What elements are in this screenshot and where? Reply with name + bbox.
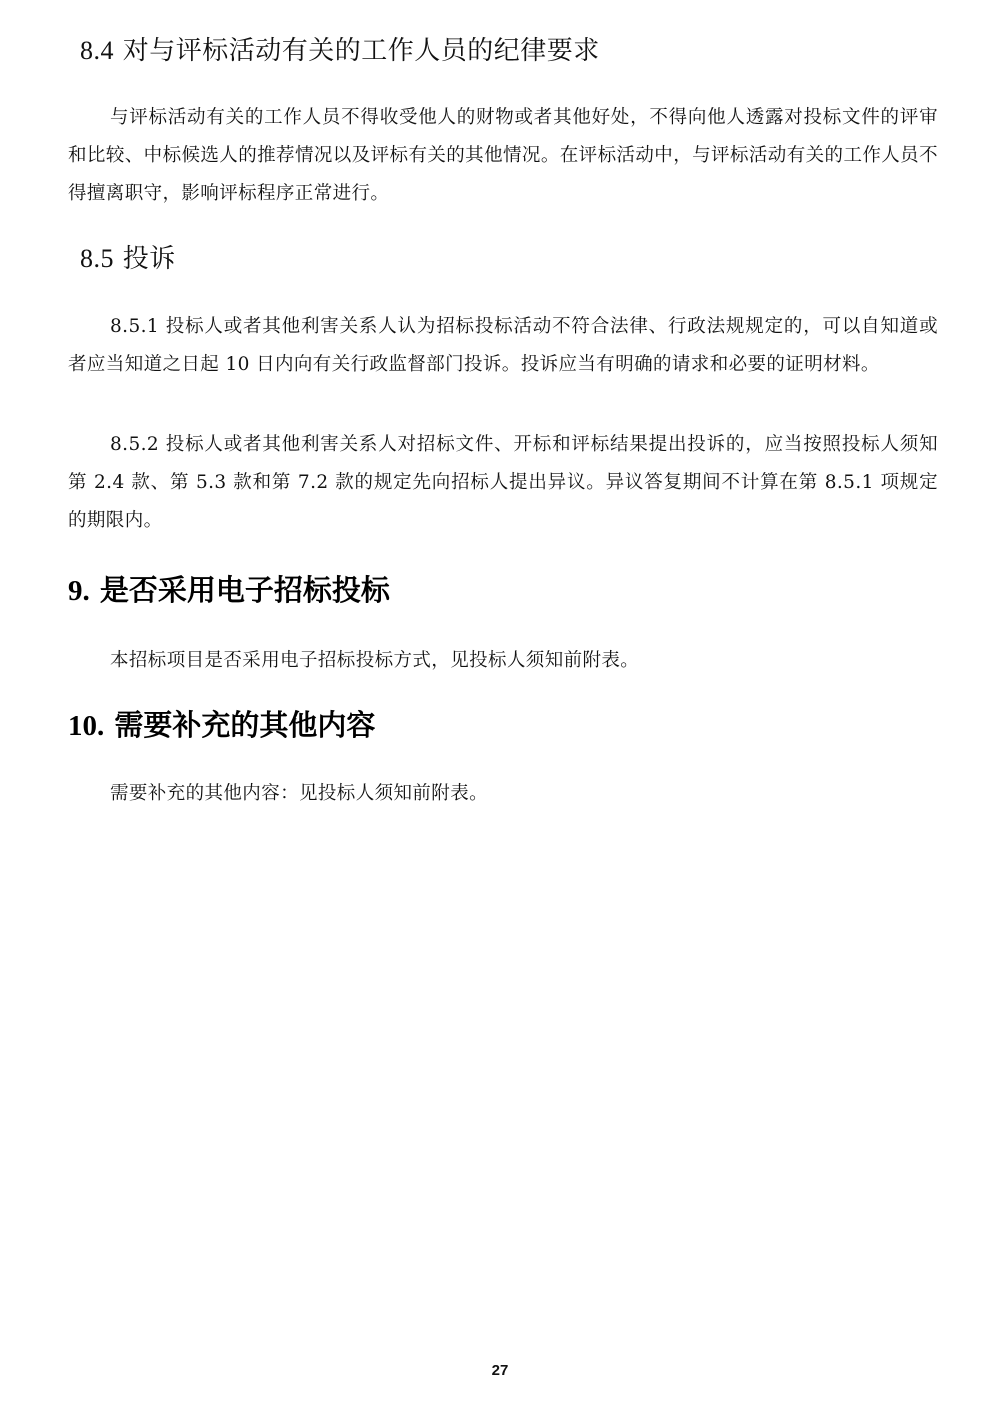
heading-number: 8.5 <box>80 244 114 273</box>
heading-number: 9. <box>68 575 90 607</box>
heading-9: 9. 是否采用电子招标投标 <box>68 568 390 609</box>
page-number: 27 <box>0 1362 1000 1379</box>
heading-title: 需要补充的其他内容 <box>114 708 375 742</box>
paragraph-10: 需要补充的其他内容：见投标人须知前附表。 <box>68 775 938 813</box>
heading-title: 投诉 <box>123 244 176 274</box>
heading-number: 10. <box>68 710 104 742</box>
paragraph-8-5-2: 8.5.2 投标人或者其他利害关系人对招标文件、开标和评标结果提出投诉的，应当按… <box>68 426 938 540</box>
heading-title: 是否采用电子招标投标 <box>100 573 390 607</box>
heading-number: 8.4 <box>80 36 114 65</box>
document-page: 8.4 对与评标活动有关的工作人员的纪律要求 与评标活动有关的工作人员不得收受他… <box>0 0 1000 1418</box>
paragraph-8-5-1: 8.5.1 投标人或者其他利害关系人认为招标投标活动不符合法律、行政法规规定的，… <box>68 308 938 384</box>
heading-10: 10. 需要补充的其他内容 <box>68 703 375 744</box>
heading-8-5: 8.5 投诉 <box>80 238 176 275</box>
heading-8-4: 8.4 对与评标活动有关的工作人员的纪律要求 <box>80 30 600 67</box>
heading-title: 对与评标活动有关的工作人员的纪律要求 <box>123 36 600 66</box>
paragraph-9: 本招标项目是否采用电子招标投标方式，见投标人须知前附表。 <box>68 642 938 680</box>
paragraph-8-4: 与评标活动有关的工作人员不得收受他人的财物或者其他好处，不得向他人透露对投标文件… <box>68 99 938 213</box>
